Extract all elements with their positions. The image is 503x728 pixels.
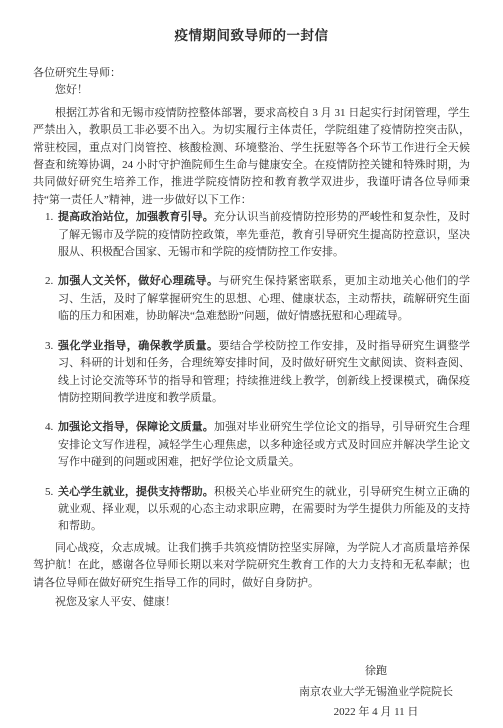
list-item-2: 2. 加强人文关怀，做好心理疏导。与研究生保持紧密联系，更加主动地关心他们的学习… [33, 273, 470, 325]
list-item-3: 3. 强化学业指导，确保教学质量。要结合学校防控工作安排，及时指导研究生调整学习… [33, 338, 470, 408]
wish-line: 祝您及家人平安、健康！ [33, 594, 470, 611]
greeting: 您好！ [33, 82, 470, 99]
signature-block: 徐跑 南京农业大学无锡渔业学院院长 2022 年 4 月 11 日 [291, 661, 461, 723]
list-item-heading: 提高政治站位，加强教育引导。 [58, 211, 214, 223]
list-item-number: 3. [45, 338, 58, 408]
list-item-number: 2. [45, 273, 58, 325]
signature-date: 2022 年 4 月 11 日 [291, 702, 461, 723]
signer-name: 徐跑 [291, 661, 461, 682]
list-item-text: 关心学生就业，提供支持帮助。积极关心毕业研究生的就业，引导研究生树立正确的就业观… [58, 484, 470, 536]
page-title: 疫情期间致导师的一封信 [33, 28, 470, 44]
list-item-text: 加强人文关怀，做好心理疏导。与研究生保持紧密联系，更加主动地关心他们的学习、生活… [58, 273, 470, 325]
numbered-list: 1. 提高政治站位，加强教育引导。充分认识当前疫情防控形势的严峻性和复杂性，及时… [33, 209, 470, 536]
list-item-4: 4. 加强论文指导，保障论文质量。加强对毕业研究生学位论文的指导，引导研究生合理… [33, 419, 470, 471]
list-item-1: 1. 提高政治站位，加强教育引导。充分认识当前疫情防控形势的严峻性和复杂性，及时… [33, 209, 470, 261]
signer-title: 南京农业大学无锡渔业学院院长 [291, 682, 461, 703]
list-item-heading: 加强人文关怀，做好心理疏导。 [58, 275, 218, 287]
list-item-number: 4. [45, 419, 58, 471]
list-item-heading: 关心学生就业，提供支持帮助。 [58, 486, 214, 498]
list-item-heading: 加强论文指导，保障论文质量。 [58, 421, 214, 433]
list-item-text: 强化学业指导，确保教学质量。要结合学校防控工作安排，及时指导研究生调整学习、科研… [58, 338, 470, 408]
list-item-number: 5. [45, 484, 58, 536]
list-item-number: 1. [45, 209, 58, 261]
list-item-heading: 强化学业指导，确保教学质量。 [58, 340, 218, 352]
closing-paragraph: 同心战疫，众志成城。让我们携手共筑疫情防控坚实屏障，为学院人才高质量培养保驾护航… [33, 540, 470, 592]
list-item-5: 5. 关心学生就业，提供支持帮助。积极关心毕业研究生的就业，引导研究生树立正确的… [33, 484, 470, 536]
salutation: 各位研究生导师： [33, 65, 470, 82]
letter-document: 疫情期间致导师的一封信 各位研究生导师： 您好！ 根据江苏省和无锡市疫情防控整体… [0, 0, 503, 728]
list-item-text: 加强论文指导，保障论文质量。加强对毕业研究生学位论文的指导，引导研究生合理安排论… [58, 419, 470, 471]
intro-paragraph: 根据江苏省和无锡市疫情防控整体部署，要求高校自 3 月 31 日起实行封闭管理，… [33, 105, 470, 209]
list-item-text: 提高政治站位，加强教育引导。充分认识当前疫情防控形势的严峻性和复杂性，及时了解无… [58, 209, 470, 261]
